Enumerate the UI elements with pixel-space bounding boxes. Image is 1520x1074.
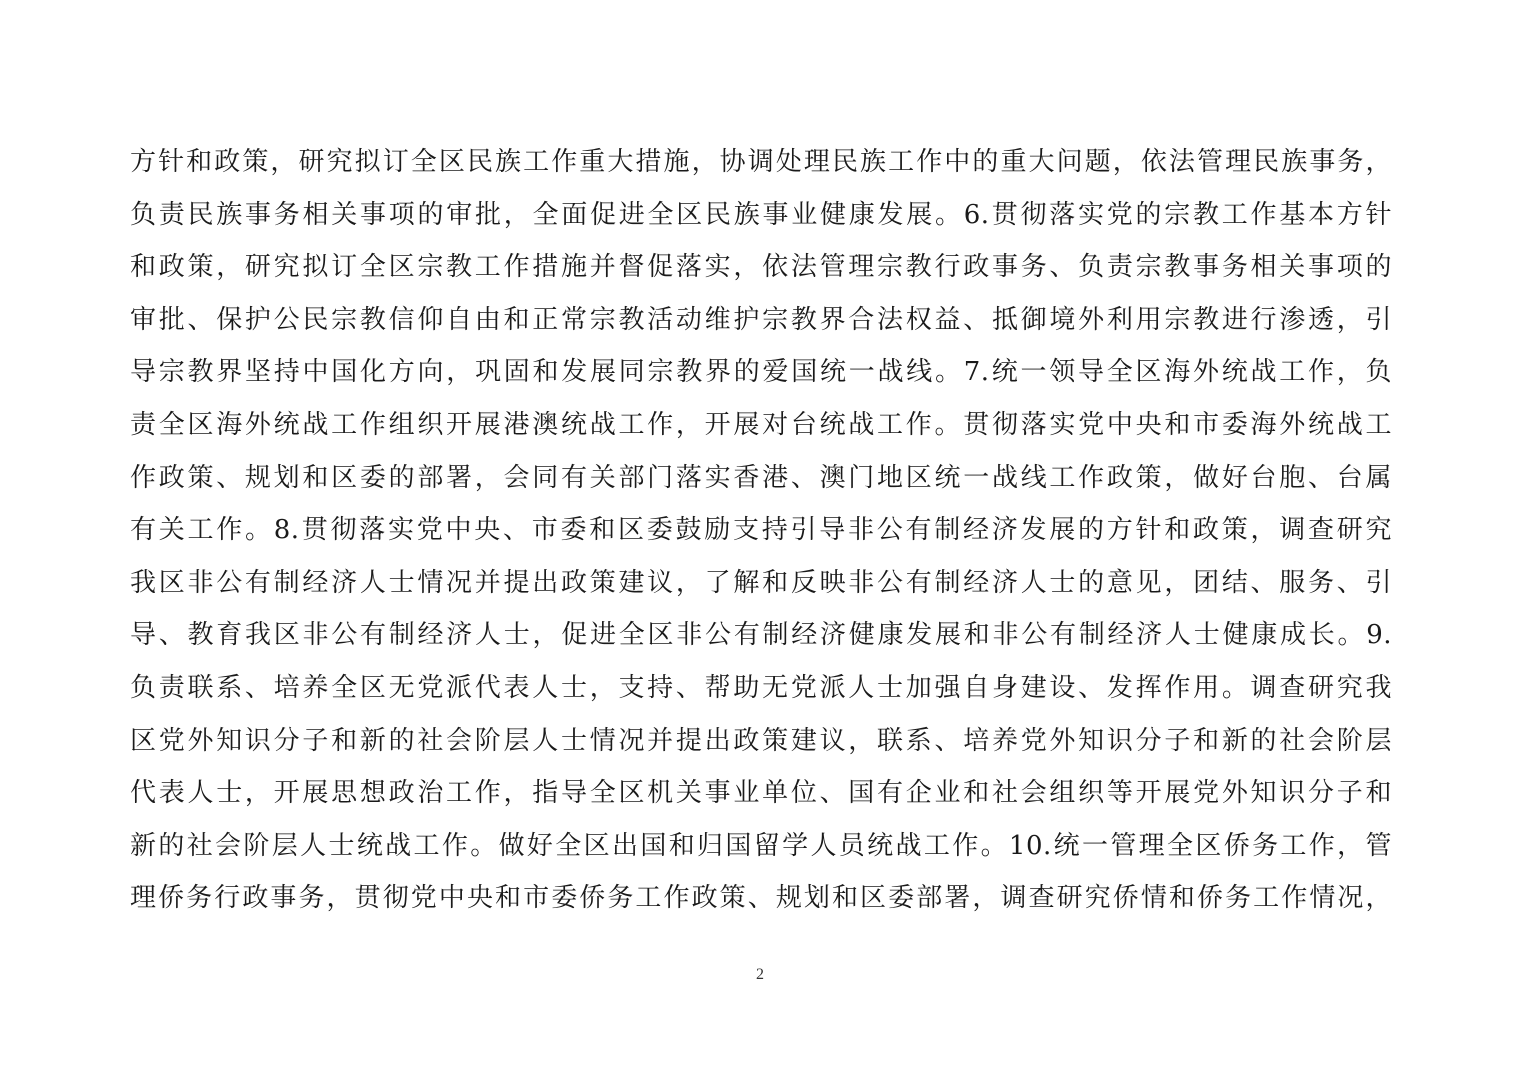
text-line: 代表人士，开展思想政治工作，指导全区机关事业单位、国有企业和社会组织等开展党外知… [130, 767, 1392, 820]
text-line: 和政策，研究拟订全区宗教工作措施并督促落实，依法管理宗教行政事务、负责宗教事务相… [130, 241, 1392, 294]
text-line: 审批、保护公民宗教信仰自由和正常宗教活动维护宗教界合法权益、抵御境外利用宗教进行… [130, 294, 1392, 347]
page-number: 2 [0, 966, 1520, 984]
text-line: 导宗教界坚持中国化方向，巩固和发展同宗教界的爱国统一战线。7.统一领导全区海外统… [130, 346, 1392, 399]
text-line: 方针和政策，研究拟订全区民族工作重大措施，协调处理民族工作中的重大问题，依法管理… [130, 136, 1392, 189]
text-line: 区党外知识分子和新的社会阶层人士情况并提出政策建议，联系、培养党外知识分子和新的… [130, 715, 1392, 768]
text-line: 有关工作。8.贯彻落实党中央、市委和区委鼓励支持引导非公有制经济发展的方针和政策… [130, 504, 1392, 557]
text-line: 负责民族事务相关事项的审批，全面促进全区民族事业健康发展。6.贯彻落实党的宗教工… [130, 189, 1392, 242]
text-line: 理侨务行政事务，贯彻党中央和市委侨务工作政策、规划和区委部署，调查研究侨情和侨务… [130, 872, 1392, 925]
text-line: 导、教育我区非公有制经济人士，促进全区非公有制经济健康发展和非公有制经济人士健康… [130, 609, 1392, 662]
text-line: 作政策、规划和区委的部署，会同有关部门落实香港、澳门地区统一战线工作政策，做好台… [130, 452, 1392, 505]
document-page: 方针和政策，研究拟订全区民族工作重大措施，协调处理民族工作中的重大问题，依法管理… [0, 0, 1520, 1074]
text-line: 责全区海外统战工作组织开展港澳统战工作，开展对台统战工作。贯彻落实党中央和市委海… [130, 399, 1392, 452]
body-text: 方针和政策，研究拟订全区民族工作重大措施，协调处理民族工作中的重大问题，依法管理… [130, 136, 1392, 925]
text-line: 负责联系、培养全区无党派代表人士，支持、帮助无党派人士加强自身建设、发挥作用。调… [130, 662, 1392, 715]
text-line: 我区非公有制经济人士情况并提出政策建议，了解和反映非公有制经济人士的意见，团结、… [130, 557, 1392, 610]
text-line: 新的社会阶层人士统战工作。做好全区出国和归国留学人员统战工作。10.统一管理全区… [130, 820, 1392, 873]
